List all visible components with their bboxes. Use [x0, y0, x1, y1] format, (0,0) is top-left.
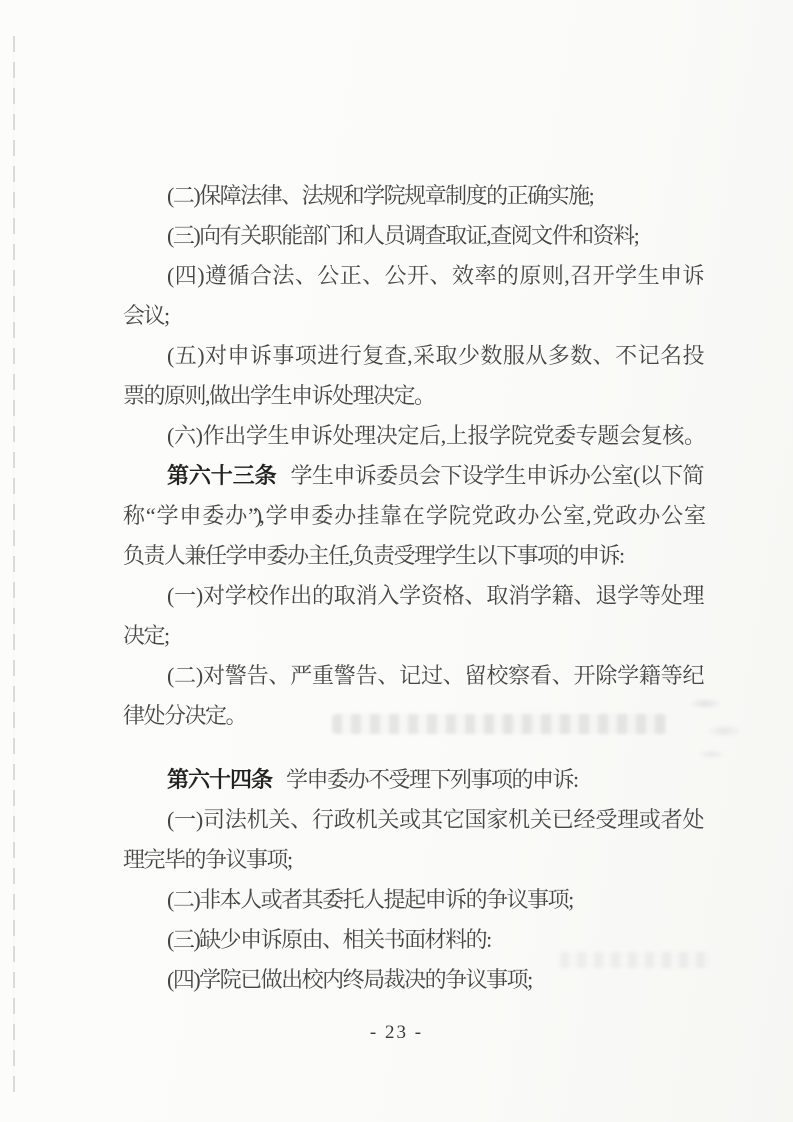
text-line: 票的原则,做出学生申诉处理决定。	[123, 376, 703, 416]
line-text: (三)缺少申诉原由、相关书面材料的:	[167, 927, 491, 952]
document-body: (二)保障法律、法规和学院规章制度的正确实施;(三)向有关职能部门和人员调查取证…	[123, 176, 703, 1000]
text-line: (二)保障法律、法规和学院规章制度的正确实施;	[123, 176, 703, 216]
line-text: (一)司法机关、行政机关或其它国家机关已经受理或者处	[167, 807, 703, 832]
text-line: 第六十三条学生申诉委员会下设学生申诉办公室(以下简	[123, 456, 703, 496]
text-line: (四)学院已做出校内终局裁决的争议事项;	[123, 960, 703, 1000]
text-line: (四)遵循合法、公正、公开、效率的原则,召开学生申诉	[123, 256, 703, 296]
text-line: (三)向有关职能部门和人员调查取证,查阅文件和资料;	[123, 216, 703, 256]
line-text: (六)作出学生申诉处理决定后,上报学院党委专题会复核。	[167, 423, 703, 448]
line-text: (四)遵循合法、公正、公开、效率的原则,召开学生申诉	[167, 263, 703, 288]
line-text: (一)对学校作出的取消入学资格、取消学籍、退学等处理	[167, 583, 703, 608]
line-text: (二)非本人或者其委托人提起申诉的争议事项;	[167, 887, 573, 912]
text-line: 理完毕的争议事项;	[123, 840, 703, 880]
text-line: (一)司法机关、行政机关或其它国家机关已经受理或者处	[123, 800, 703, 840]
text-line: 负责人兼任学申委办主任,负责受理学生以下事项的申诉:	[123, 536, 703, 576]
line-text: (二)保障法律、法规和学院规章制度的正确实施;	[167, 183, 593, 208]
text-line: (一)对学校作出的取消入学资格、取消学籍、退学等处理	[123, 576, 703, 616]
text-line: 决定;	[123, 616, 703, 656]
text-line: 第六十四条学申委办不受理下列事项的申诉:	[123, 760, 703, 800]
scan-edge-artifact	[13, 36, 15, 1092]
text-line: 律处分决定。	[123, 696, 703, 736]
line-text: (四)学院已做出校内终局裁决的争议事项;	[167, 967, 532, 992]
line-text: 律处分决定。	[123, 703, 246, 728]
line-text: 学申委办不受理下列事项的申诉:	[286, 767, 578, 792]
page-number: - 23 -	[370, 1022, 423, 1043]
line-text: 会议;	[123, 303, 169, 328]
line-text: 负责人兼任学申委办主任,负责受理学生以下事项的申诉:	[123, 543, 624, 568]
article-number: 第六十三条	[167, 463, 277, 488]
line-text: 决定;	[123, 623, 169, 648]
line-text: (三)向有关职能部门和人员调查取证,查阅文件和资料;	[167, 223, 638, 248]
text-line: (二)非本人或者其委托人提起申诉的争议事项;	[123, 880, 703, 920]
scanned-page: (二)保障法律、法规和学院规章制度的正确实施;(三)向有关职能部门和人员调查取证…	[0, 0, 793, 1122]
text-line: (五)对申诉事项进行复查,采取少数服从多数、不记名投	[123, 336, 703, 376]
line-text: 理完毕的争议事项;	[123, 847, 292, 872]
text-line: (二)对警告、严重警告、记过、留校察看、开除学籍等纪	[123, 656, 703, 696]
line-text: 票的原则,做出学生申诉处理决定。	[123, 383, 435, 408]
article-number: 第六十四条	[167, 767, 272, 792]
line-text: 学生申诉委员会下设学生申诉办公室(以下简	[291, 463, 703, 488]
line-text: 称“学申委办”),学申委办挂靠在学院党政办公室,党政办公室	[123, 503, 703, 528]
text-line: 称“学申委办”),学申委办挂靠在学院党政办公室,党政办公室	[123, 496, 703, 536]
text-line: (六)作出学生申诉处理决定后,上报学院党委专题会复核。	[123, 416, 703, 456]
page-footer: - 23 -	[0, 1022, 793, 1044]
text-line: (三)缺少申诉原由、相关书面材料的:	[123, 920, 703, 960]
text-line: 会议;	[123, 296, 703, 336]
line-text: (五)对申诉事项进行复查,采取少数服从多数、不记名投	[167, 343, 703, 368]
line-text: (二)对警告、严重警告、记过、留校察看、开除学籍等纪	[167, 663, 703, 688]
